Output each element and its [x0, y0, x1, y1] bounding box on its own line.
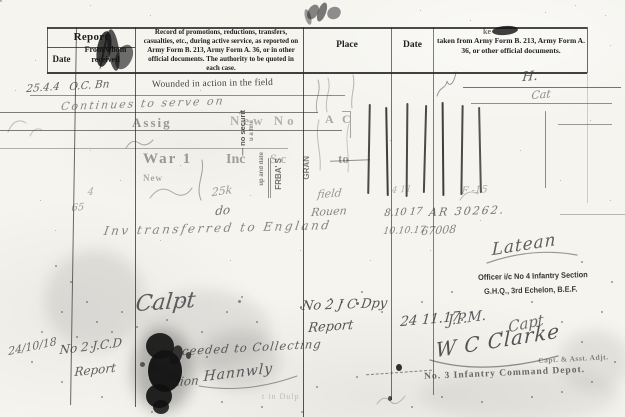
handwriting-squiggles [0, 0, 625, 417]
scanned-document-page: Report Date From whom received Record of… [0, 0, 625, 417]
